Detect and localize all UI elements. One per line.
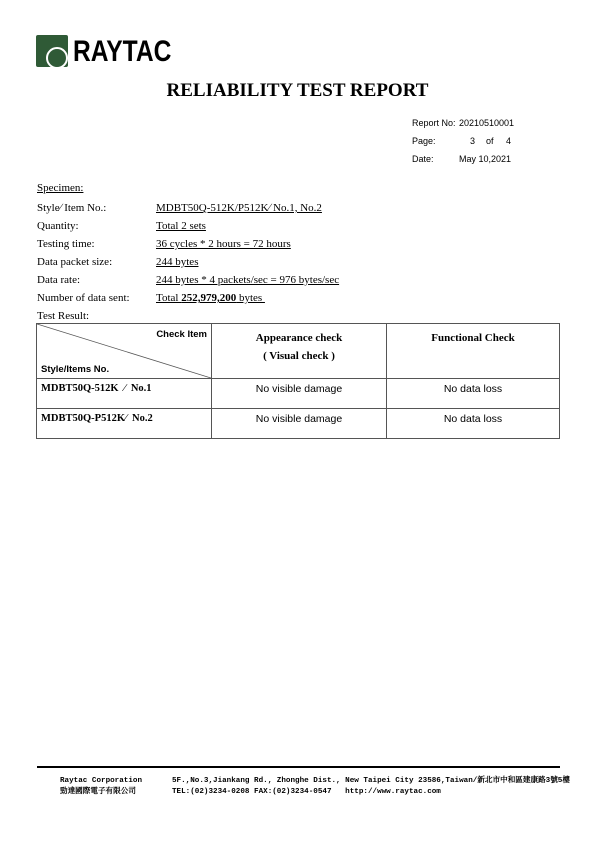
logo-text: RAYTAC bbox=[73, 35, 171, 69]
spec-value: Total 2 sets bbox=[156, 217, 206, 235]
row-item: MDBT50Q-P512K∕ No.2 bbox=[37, 409, 212, 439]
table-header-row: Check Item Style/Items No. Appearance ch… bbox=[37, 324, 560, 379]
page-current: 3 bbox=[459, 136, 486, 154]
spec-label: Data packet size: bbox=[37, 253, 156, 271]
spec-label: Quantity: bbox=[37, 217, 156, 235]
table-corner-cell: Check Item Style/Items No. bbox=[37, 324, 212, 379]
specimen-heading: Specimen: bbox=[37, 181, 339, 199]
report-no-value: 20210510001 bbox=[459, 118, 514, 136]
spec-row-testing-time: Testing time: 36 cycles * 2 hours = 72 h… bbox=[37, 235, 339, 253]
appearance-line2: ( Visual check ) bbox=[212, 347, 386, 365]
table-row: MDBT50Q-P512K∕ No.2 No visible damage No… bbox=[37, 409, 560, 439]
spec-row-packet-size: Data packet size: 244 bytes bbox=[37, 253, 339, 271]
row-appearance: No visible damage bbox=[212, 379, 387, 409]
spec-value: 244 bytes * 4 packets/sec = 976 bytes/se… bbox=[156, 271, 339, 289]
test-result-table: Check Item Style/Items No. Appearance ch… bbox=[36, 323, 560, 439]
spec-label: Data rate: bbox=[37, 271, 156, 289]
page-of: of bbox=[486, 136, 506, 154]
footer-contact: 5F.,No.3,Jiankang Rd., Zhonghe Dist., Ne… bbox=[172, 776, 570, 798]
spec-value: Total 252,979,200 bytes bbox=[156, 289, 265, 307]
spec-row-data-sent: Number of data sent: Total 252,979,200 b… bbox=[37, 289, 339, 307]
spec-row-data-rate: Data rate: 244 bytes * 4 packets/sec = 9… bbox=[37, 271, 339, 289]
row-functional: No data loss bbox=[387, 379, 560, 409]
spec-label: Testing time: bbox=[37, 235, 156, 253]
spec-value: 244 bytes bbox=[156, 253, 198, 271]
footer-company: Raytac Corporation 勁達國際電子有限公司 bbox=[60, 776, 142, 798]
spec-value: 36 cycles * 2 hours = 72 hours bbox=[156, 235, 291, 253]
company-name-zh: 勁達國際電子有限公司 bbox=[60, 787, 142, 798]
spec-value: MDBT50Q-512K/P512K∕ No.1, No.2 bbox=[156, 199, 322, 217]
date-value: May 10,2021 bbox=[459, 154, 511, 172]
data-sent-suffix: bytes bbox=[236, 292, 265, 304]
report-title: RELIABILITY TEST REPORT bbox=[0, 80, 595, 102]
appearance-line1: Appearance check bbox=[212, 329, 386, 347]
data-sent-total: 252,979,200 bbox=[181, 292, 236, 304]
report-meta: Report No: 20210510001 Page: 3 of 4 Date… bbox=[412, 118, 514, 172]
company-address: 5F.,No.3,Jiankang Rd., Zhonghe Dist., Ne… bbox=[172, 776, 570, 787]
row-item: MDBT50Q-512K ∕ No.1 bbox=[37, 379, 212, 409]
corner-style-items: Style/Items No. bbox=[41, 364, 109, 375]
report-no-label: Report No: bbox=[412, 118, 459, 136]
spec-label: Style∕ Item No.: bbox=[37, 199, 156, 217]
company-contact: TEL:(02)3234-0208 FAX:(02)3234-0547 http… bbox=[172, 787, 570, 798]
data-sent-prefix: Total bbox=[156, 292, 181, 304]
footer-divider bbox=[37, 766, 560, 768]
page-label: Page: bbox=[412, 136, 459, 154]
spec-label: Number of data sent: bbox=[37, 289, 156, 307]
col-header-appearance: Appearance check ( Visual check ) bbox=[212, 324, 387, 379]
date-label: Date: bbox=[412, 154, 459, 172]
logo-mark-icon bbox=[36, 35, 70, 69]
row-appearance: No visible damage bbox=[212, 409, 387, 439]
company-logo: RAYTAC bbox=[36, 35, 193, 69]
company-name-en: Raytac Corporation bbox=[60, 776, 142, 787]
corner-check-item: Check Item bbox=[156, 329, 207, 340]
page-total: 4 bbox=[506, 136, 511, 154]
col-header-functional: Functional Check bbox=[387, 324, 560, 379]
functional-label: Functional Check bbox=[387, 329, 559, 347]
specimen-section: Specimen: Style∕ Item No.: MDBT50Q-512K/… bbox=[37, 181, 339, 325]
spec-row-style: Style∕ Item No.: MDBT50Q-512K/P512K∕ No.… bbox=[37, 199, 339, 217]
row-functional: No data loss bbox=[387, 409, 560, 439]
spec-row-quantity: Quantity: Total 2 sets bbox=[37, 217, 339, 235]
table-row: MDBT50Q-512K ∕ No.1 No visible damage No… bbox=[37, 379, 560, 409]
